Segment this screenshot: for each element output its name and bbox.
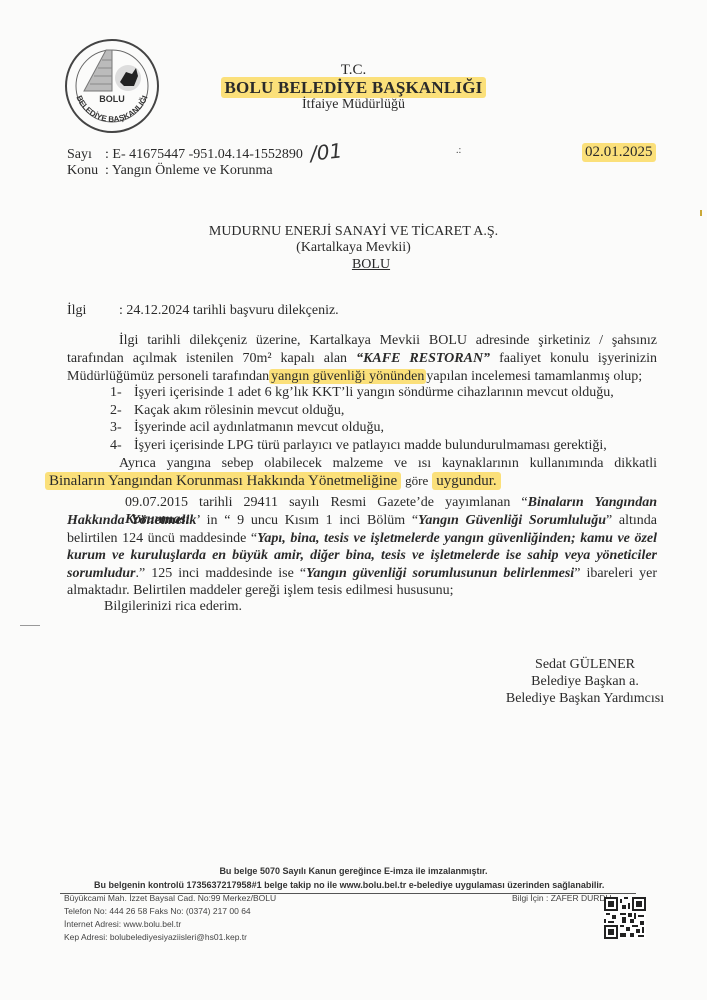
paragraph-line: almaktadır. Belirtilen maddeler gereği i… [67,582,657,599]
organization-title: BOLU BELEDİYE BAŞKANLIĞI [0,78,707,98]
paragraph-line: belirtilen 124 üncü maddesinde “Yapı, bi… [67,530,657,547]
paragraph-line: tarafından açılmak istenilen 70m² kapalı… [67,350,657,367]
ilgi-value: : 24.12.2024 tarihli başvuru dilekçeniz. [119,303,339,318]
paragraph-line: İlgi tarihli dilekçeniz üzerine, Kartalk… [67,332,657,349]
text-span: ” ibareleri yer [574,566,657,581]
closing-line: Bilgilerinizi rica ederim. [104,599,242,615]
list-item: 4-İşyeri içerisinde LPG türü parlayıcı v… [110,438,607,454]
konu-value: : Yangın Önleme ve Korunma [105,163,273,178]
addressee-location: (Kartalkaya Mevkii) [0,240,707,256]
addressee-company: MUDURNU ENERJİ SANAYİ VE TİCARET A.Ş. [0,224,707,240]
list-item: 2-Kaçak akım rölesinin mevcut olduğu, [110,403,344,419]
sayi-value: : E- 41675447 -951.04.14-1552890 [105,147,303,162]
business-type: “KAFE RESTORAN” [356,351,490,366]
paragraph-line: sorumludur.” 125 inci maddesinde ise “Ya… [67,565,657,582]
highlight-fire-safety: yangın güvenliği yönünden [269,369,426,384]
document-date: 02.01.2025 [582,143,656,162]
text-span: 09.07.2015 tarihli 29411 sayılı Resmi Ga… [125,495,528,510]
footer-phone: Telefon No: 444 26 58 Faks No: (0374) 21… [64,906,251,916]
footer-address: Büyükcami Mah. İzzet Baysal Cad. No:99 M… [64,893,276,903]
text-span: belirtilen 124 üncü maddesinde “ [67,531,257,546]
text-span: Müdürlüğümüz personeli tarafından [67,369,269,384]
highlight-compliant: uygundur. [432,472,500,490]
list-item: 1-İşyeri içerisinde 1 adet 6 kg’lık KKT’… [110,385,614,401]
text-span: tarafından açılmak istenilen 70m² kapalı… [67,351,347,366]
list-number: 4- [110,438,134,454]
paragraph-line: Hakkında Yönetmelik’ in “ 9 uncu Kısım 1… [67,512,657,529]
text-span: faaliyet konulu işyerinizin [499,351,657,366]
emphasis-text: sorumludur [67,566,135,581]
paragraph-line: Ayrıca yangına sebep olabilecek malzeme … [67,455,657,472]
konu-label: Konu [67,163,105,179]
stray-mark: .: [456,145,461,156]
paragraph-line: kurum ve kuruluşlarda en büyük amir, diğ… [67,547,657,564]
emphasis-text: Yapı, bina, tesis ve işletmelerde yangın… [257,531,657,546]
compliance-statement: Binaların Yangından Korunması Hakkında Y… [45,473,501,490]
emphasis-text: Yangın güvenliği sorumlusunun belirlenme… [306,566,574,581]
signatory-title: Belediye Başkan Yardımcısı [500,691,670,707]
paragraph-line: Müdürlüğümüz personeli tarafındanyangın … [67,368,657,385]
emphasis-text: Yangın Güvenliği Sorumluluğu [418,513,606,528]
list-number: 3- [110,420,134,436]
emphasis-text: Hakkında Yönetmelik [67,513,196,528]
info-contact: Bilgi İçin : ZAFER DURDU [512,893,612,903]
list-text: Kaçak akım rölesinin mevcut olduğu, [134,403,344,418]
list-number: 2- [110,403,134,419]
list-text: İşyeri içerisinde 1 adet 6 kg’lık KKT’li… [134,385,614,400]
reference-line: İlgi: 24.12.2024 tarihli başvuru dilekçe… [67,303,339,319]
verification-notice: Bu belgenin kontrolü 1735637217958#1 bel… [94,880,604,890]
list-number: 1- [110,385,134,401]
scan-artifact [700,210,702,216]
footer-website[interactable]: İnternet Adresi: www.bolu.bel.tr [64,919,181,929]
sayi-label: Sayı [67,147,105,163]
list-text: İşyeri içerisinde LPG türü parlayıcı ve … [134,438,607,453]
document-number: Sayı: E- 41675447 -951.04.14-1552890 [67,147,303,163]
highlight-regulation: Binaların Yangından Korunması Hakkında Y… [45,472,401,490]
list-text: İşyerinde acil aydınlatmanın mevcut oldu… [134,420,384,435]
text-span: göre [405,473,428,488]
document-subject: Konu: Yangın Önleme ve Korunma [67,163,273,179]
signatory-title: Belediye Başkan a. [500,674,670,690]
handwritten-annotation: /01 [309,138,344,165]
list-item: 3-İşyerinde acil aydınlatmanın mevcut ol… [110,420,384,436]
ilgi-label: İlgi [67,303,119,319]
department-name: İtfaiye Müdürlüğü [0,97,707,113]
text-span: ” altında [606,513,657,528]
organization-name: BOLU BELEDİYE BAŞKANLIĞI [221,77,487,98]
footer-kep[interactable]: Kep Adresi: bolubelediyesiyaziisleri@hs0… [64,932,247,942]
text-span: yapılan incelemesi tamamlanmış olup; [426,369,642,384]
text-span: .” 125 inci maddesinde ise “ [135,566,306,581]
text-span: ’ in “ 9 uncu Kısım 1 inci Bölüm “ [196,513,418,528]
addressee-city: BOLU [0,257,707,273]
esign-notice: Bu belge 5070 Sayılı Kanun gereğince E-i… [0,866,707,876]
qr-code-icon[interactable] [604,897,646,939]
scan-artifact [20,625,40,626]
signatory-name: Sedat GÜLENER [500,657,670,673]
